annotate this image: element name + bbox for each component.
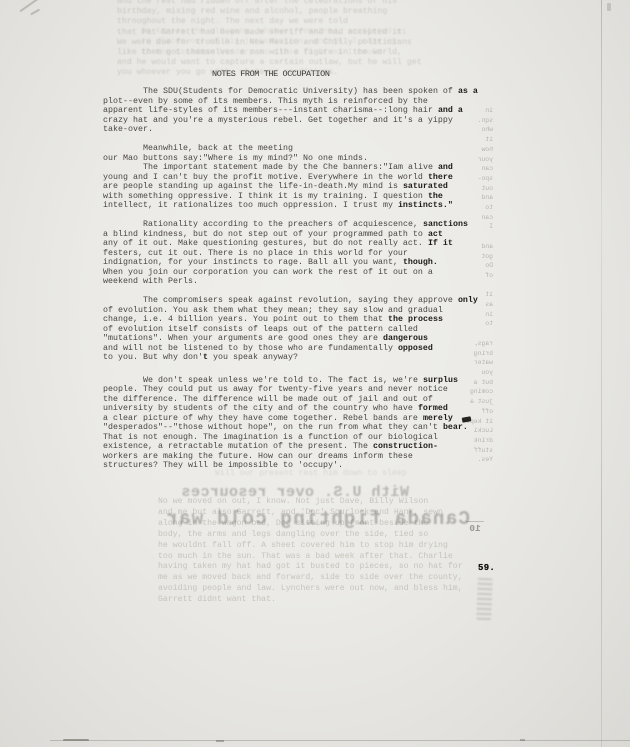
- page-number: 59.: [478, 563, 495, 573]
- scan-artifact: [607, 3, 611, 11]
- scan-artifact: [30, 9, 39, 15]
- paragraph: The important statement made by the Che …: [103, 163, 479, 211]
- paragraph: The compromisers speak against revolutio…: [103, 296, 479, 363]
- document-body: The SDU(Students for Democratic Universi…: [103, 87, 479, 471]
- paragraph: The SDU(Students for Democratic Universi…: [103, 87, 479, 135]
- ink-smudge: [476, 578, 492, 620]
- bleedthrough-text-bottom: No we moved on out, I know. Not just Dav…: [158, 497, 488, 606]
- scanned-page: { "page": { "number_label": "59." }, "do…: [0, 0, 630, 747]
- paragraph: Rationality according to the preachers o…: [103, 220, 479, 287]
- scan-artifact: [216, 740, 224, 742]
- document-title: NOTES FROM THE OCCUPATION: [212, 69, 330, 79]
- page-fold-line: [601, 0, 602, 747]
- page-bottom-edge: [50, 740, 630, 741]
- bleedthrough-text-top-overlay: in Kansas the old gang, whoever remained…: [141, 27, 541, 58]
- bleedthrough-headline-line2: Canada fighting cold war: [160, 508, 475, 530]
- scan-artifact: [63, 739, 89, 742]
- bleedthrough-headline-line1: With U.S. over resources: [150, 484, 440, 501]
- paragraph: Meanwhile, back at the meeting our Mao b…: [103, 144, 479, 163]
- paragraph: We don't speak unless we're told to. The…: [103, 376, 479, 471]
- bleedthrough-text-top: and the rest had ridden off after the ce…: [117, 0, 537, 79]
- scan-artifact: [520, 739, 525, 741]
- reverse-page-number: 10: [466, 521, 484, 534]
- scan-artifact: [20, 0, 39, 12]
